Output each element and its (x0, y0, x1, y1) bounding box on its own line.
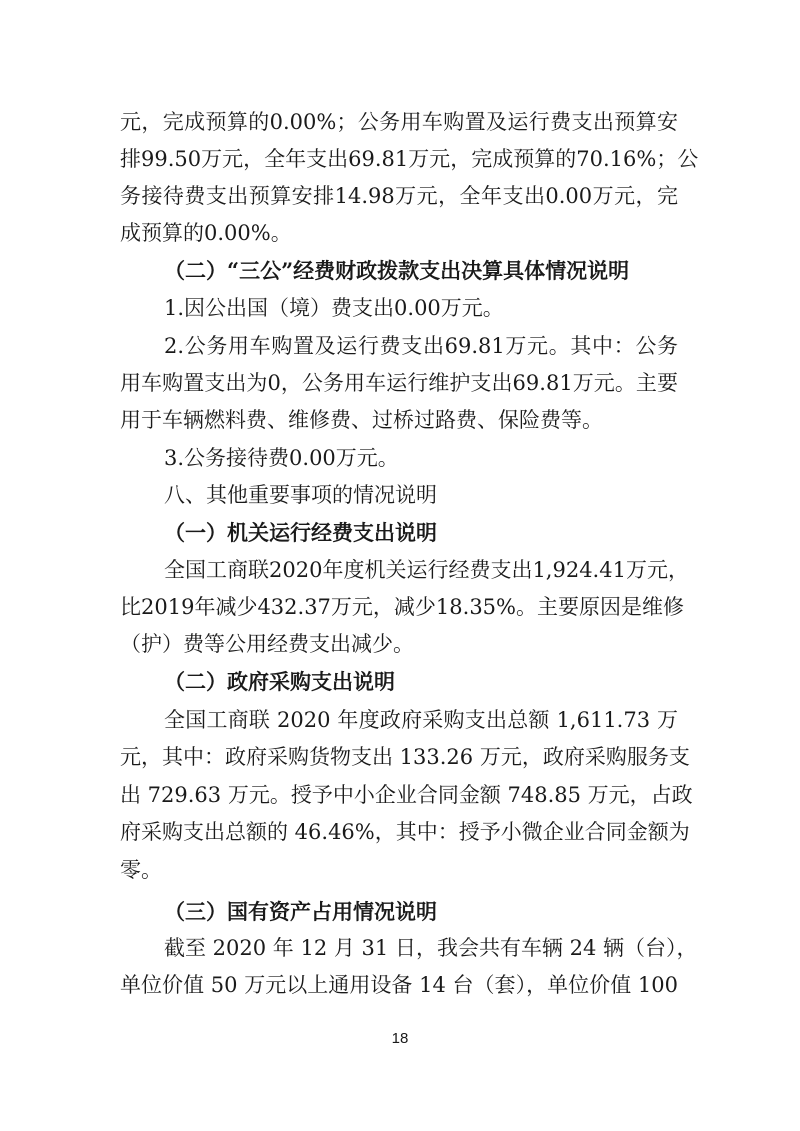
document-page: 元，完成预算的0.00%；公务用车购置及运行费支出预算安 排99.50万元，全年… (0, 0, 800, 1131)
text-line: 2.公务用车购置及运行费支出69.81万元。其中：公务 (164, 332, 678, 360)
text-line: 截至 2020 年 12 月 31 日，我会共有车辆 24 辆（台）， (164, 934, 678, 962)
text-line: 1.因公出国（境）费支出0.00万元。 (164, 294, 678, 322)
text-line: 元，完成预算的0.00%；公务用车购置及运行费支出预算安 (120, 108, 678, 136)
text-line: （护）费等公用经费支出减少。 (120, 630, 678, 658)
text-line: 成预算的0.00%。 (120, 219, 678, 247)
text-line: 用于车辆燃料费、维修费、过桥过路费、保险费等。 (120, 406, 678, 434)
subsection-heading: （二）“三公”经费财政拨款支出决算具体情况说明 (164, 257, 722, 285)
text-line: 比2019年减少432.37万元，减少18.35%。主要原因是维修 (120, 593, 678, 621)
text-line: 出 729.63 万元。授予中小企业合同金额 748.85 万元，占政 (120, 781, 678, 809)
text-line: 3.公务接待费0.00万元。 (164, 444, 678, 472)
text-line: 府采购支出总额的 46.46%，其中：授予小微企业合同金额为 (120, 818, 678, 846)
subsection-heading: （三）国有资产占用情况说明 (164, 898, 722, 926)
subsection-heading: （二）政府采购支出说明 (164, 668, 722, 696)
text-line: 单位价值 50 万元以上通用设备 14 台（套），单位价值 100 (120, 971, 678, 999)
section-heading: 八、其他重要事项的情况说明 (164, 481, 722, 509)
text-line: 用车购置支出为0，公务用车运行维护支出69.81万元。主要 (120, 369, 678, 397)
text-line: 全国工商联2020年度机关运行经费支出1,924.41万元， (164, 556, 678, 584)
text-line: 元，其中：政府采购货物支出 133.26 万元，政府采购服务支 (120, 743, 678, 771)
text-line: 全国工商联 2020 年度政府采购支出总额 1,611.73 万 (164, 706, 678, 734)
page-number: 18 (0, 1030, 800, 1047)
text-line: 排99.50万元，全年支出69.81万元，完成预算的70.16%；公 (120, 145, 678, 173)
subsection-heading: （一）机关运行经费支出说明 (164, 519, 722, 547)
text-line: 零。 (120, 856, 678, 884)
text-line: 务接待费支出预算安排14.98万元，全年支出0.00万元，完 (120, 182, 678, 210)
